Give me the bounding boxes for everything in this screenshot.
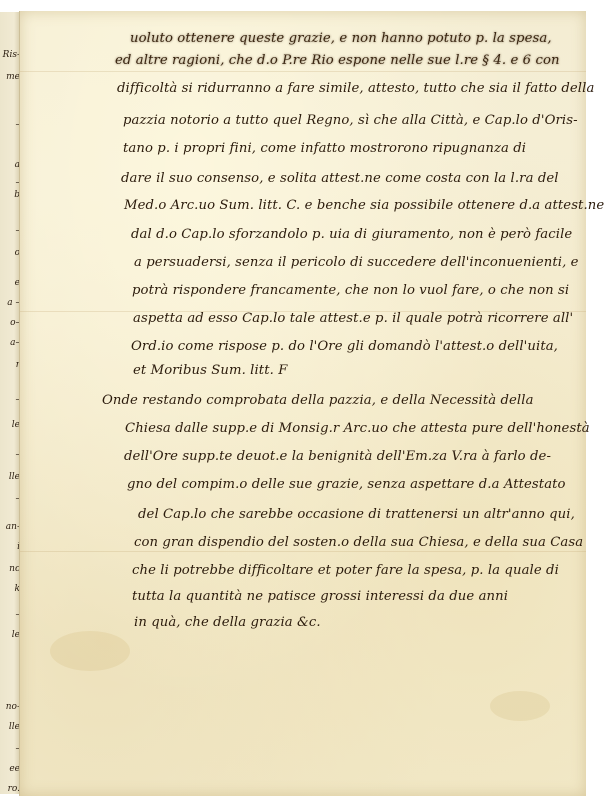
margin-fragment: Ris- — [0, 50, 20, 60]
margin-fragment: lle — [0, 722, 20, 732]
margin-fragment: nc — [0, 564, 20, 574]
text-line: uoluto ottenere queste grazie, e non han… — [130, 31, 552, 46]
margin-fragment: – — [0, 120, 20, 130]
margin-fragment: e — [0, 278, 20, 288]
text-line: tano p. i propri fini, come infatto most… — [123, 141, 526, 156]
text-line: Med.o Arc.uo Sum. litt. C. e benche sia … — [124, 198, 604, 213]
margin-fragment: k — [0, 584, 20, 594]
margin-fragment: r — [0, 360, 20, 370]
manuscript-page: uoluto ottenere queste grazie, e non han… — [19, 11, 586, 796]
margin-fragment: ro. — [0, 784, 20, 794]
text-line: con gran dispendio del sosten.o della su… — [134, 535, 583, 550]
margin-fragment: a – — [0, 298, 20, 308]
paper-stain — [50, 631, 130, 671]
text-line: potrà rispondere francamente, che non lo… — [132, 283, 569, 298]
text-line: Onde restando comprobata della pazzia, e… — [102, 393, 534, 408]
margin-fragment: b — [0, 190, 20, 200]
margin-fragment: lle — [0, 472, 20, 482]
margin-fragment: a — [0, 160, 20, 170]
margin-fragment: le — [0, 630, 20, 640]
margin-fragment: – — [0, 744, 20, 754]
margin-fragment: o — [0, 248, 20, 258]
text-line: dal d.o Cap.lo sforzandolo p. uia di giu… — [131, 227, 572, 242]
text-line: et Moribus Sum. litt. F — [133, 363, 287, 378]
adjacent-page-edge: Ris- me – a – b – o e a – o– a– r – le –… — [0, 12, 20, 794]
text-line: dell'Ore supp.te deuot.e la benignità de… — [124, 449, 551, 464]
text-line: in quà, che della grazia &c. — [134, 615, 321, 630]
text-line: gno del compim.o delle sue grazie, senza… — [127, 477, 566, 492]
text-line: Ord.io come rispose p. do l'Ore gli doma… — [131, 339, 558, 354]
text-line: difficoltà si ridurranno a fare simile, … — [117, 81, 594, 96]
margin-fragment: me — [0, 72, 20, 82]
margin-fragment: – — [0, 494, 20, 504]
text-line: tutta la quantità ne patisce grossi inte… — [132, 589, 508, 604]
margin-fragment: – — [0, 450, 20, 460]
margin-fragment: le — [0, 420, 20, 430]
margin-fragment: – — [0, 395, 20, 405]
text-line: che li potrebbe difficoltare et poter fa… — [132, 563, 559, 578]
margin-fragment: no- — [0, 702, 20, 712]
text-line: a persuadersi, senza il pericolo di succ… — [134, 255, 579, 270]
text-line: pazzia notorio a tutto quel Regno, sì ch… — [123, 113, 578, 128]
text-line: Chiesa dalle supp.e di Monsig.r Arc.uo c… — [125, 421, 590, 436]
margin-fragment: ee — [0, 764, 20, 774]
margin-fragment: a– — [0, 338, 20, 348]
margin-fragment: o– — [0, 318, 20, 328]
margin-fragment: – — [0, 178, 20, 188]
text-line: del Cap.lo che sarebbe occasione di trat… — [138, 507, 575, 522]
text-line: aspetta ad esso Cap.lo tale attest.e p. … — [133, 311, 573, 326]
text-line: dare il suo consenso, e solita attest.ne… — [121, 171, 559, 186]
margin-fragment: an- — [0, 522, 20, 532]
paper-crease — [20, 551, 586, 552]
margin-fragment: i — [0, 542, 20, 552]
margin-fragment: – — [0, 226, 20, 236]
text-line: ed altre ragioni, che d.o P.re Rio espon… — [115, 53, 560, 68]
paper-crease — [20, 71, 586, 72]
paper-stain — [490, 691, 550, 721]
margin-fragment: – — [0, 610, 20, 620]
